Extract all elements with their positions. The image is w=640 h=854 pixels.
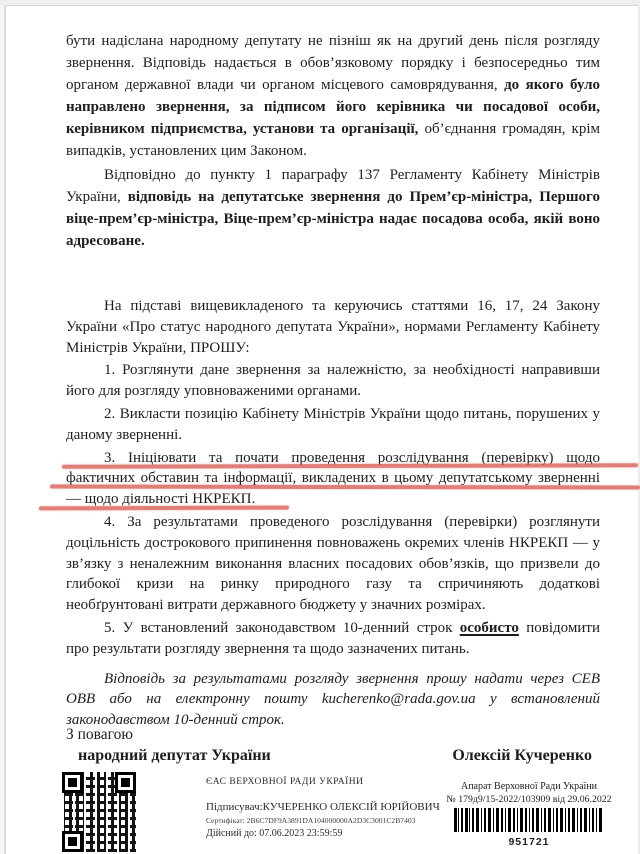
document-page: бути надіслана народному депутату не піз… — [0, 0, 640, 854]
qr-finder-icon — [62, 831, 83, 852]
stamp-registration-number: № 179д9/15-2022/103909 від 29.06.2022 — [440, 794, 618, 805]
text-segment: 4. За результатами проведеного розслідув… — [66, 514, 600, 613]
paragraph-reply-channel: Відповідь за результатами розгляду зверн… — [66, 669, 600, 731]
text-segment: Відповідь за результатами розгляду зверн… — [66, 671, 600, 729]
bold-emphasis: відповідь на депутатське звернення до Пр… — [66, 189, 600, 249]
bold-underline-emphasis: особисто — [460, 620, 519, 636]
eas-system-label: ЄАС ВЕРХОВНОЇ РАДИ УКРАЇНИ — [206, 777, 456, 787]
body-text-top: бути надіслана народному депутату не піз… — [66, 30, 600, 254]
red-underline-2 — [50, 485, 640, 490]
qr-code-icon — [62, 772, 136, 852]
qr-finder-icon — [115, 772, 136, 793]
barcode-icon — [454, 808, 604, 832]
salutation: З повагою — [66, 726, 133, 744]
signer-name: Олексій Кучеренко — [452, 747, 592, 765]
petition-item-1: 1. Розглянути дане звернення за належніс… — [66, 360, 600, 402]
scan-top-edge — [0, 0, 640, 6]
petition-item-5: 5. У встановлений законодавством 10-денн… — [66, 618, 600, 660]
paragraph-cabinet-rules: Відповідно до пункту 1 параграфу 137 Рег… — [66, 164, 600, 252]
petition-item-2: 2. Викласти позицію Кабінету Міністрів У… — [66, 404, 600, 446]
barcode-number: 951721 — [504, 836, 553, 848]
petition-item-4: 4. За результатами проведеного розслідув… — [66, 512, 600, 616]
petition-item-3: 3. Ініціювати та почати проведення розсл… — [66, 448, 600, 510]
certificate-line: Сертифікат: 2B6C7DF9A3891DA104000000A2D3… — [206, 816, 456, 825]
signer-line: Підписувач:КУЧЕРЕНКО ОЛЕКСІЙ ЮРІЙОВИЧ — [206, 801, 456, 813]
scan-left-edge-line — [4, 5, 6, 854]
text-segment: 5. У встановлений законодавством 10-денн… — [104, 620, 460, 636]
text-segment: На підставі вищевикладеного та керуючись… — [66, 298, 600, 356]
text-segment: 1. Розглянути дане звернення за належніс… — [66, 362, 600, 399]
validity-line: Дійсний до: 07.06.2023 23:59:59 — [206, 828, 456, 839]
registration-stamp: Апарат Верховної Ради України № 179д9/15… — [440, 781, 618, 850]
digital-signature-info: ЄАС ВЕРХОВНОЇ РАДИ УКРАЇНИ Підписувач:КУ… — [206, 777, 456, 839]
stamp-org-line: Апарат Верховної Ради України — [440, 781, 618, 792]
qr-finder-icon — [62, 772, 83, 793]
text-segment: 2. Викласти позицію Кабінету Міністрів У… — [66, 406, 600, 443]
paragraph-legal-basis: На підставі вищевикладеного та керуючись… — [66, 296, 600, 358]
text-segment: 3. Ініціювати та почати проведення розсл… — [66, 450, 600, 508]
paragraph-continuation: бути надіслана народному депутату не піз… — [66, 30, 600, 162]
signer-title: народний депутат України — [78, 747, 271, 765]
body-text-petition: На підставі вищевикладеного та керуючись… — [66, 296, 600, 733]
red-underline-1 — [62, 463, 638, 469]
red-underline-3 — [39, 506, 289, 511]
